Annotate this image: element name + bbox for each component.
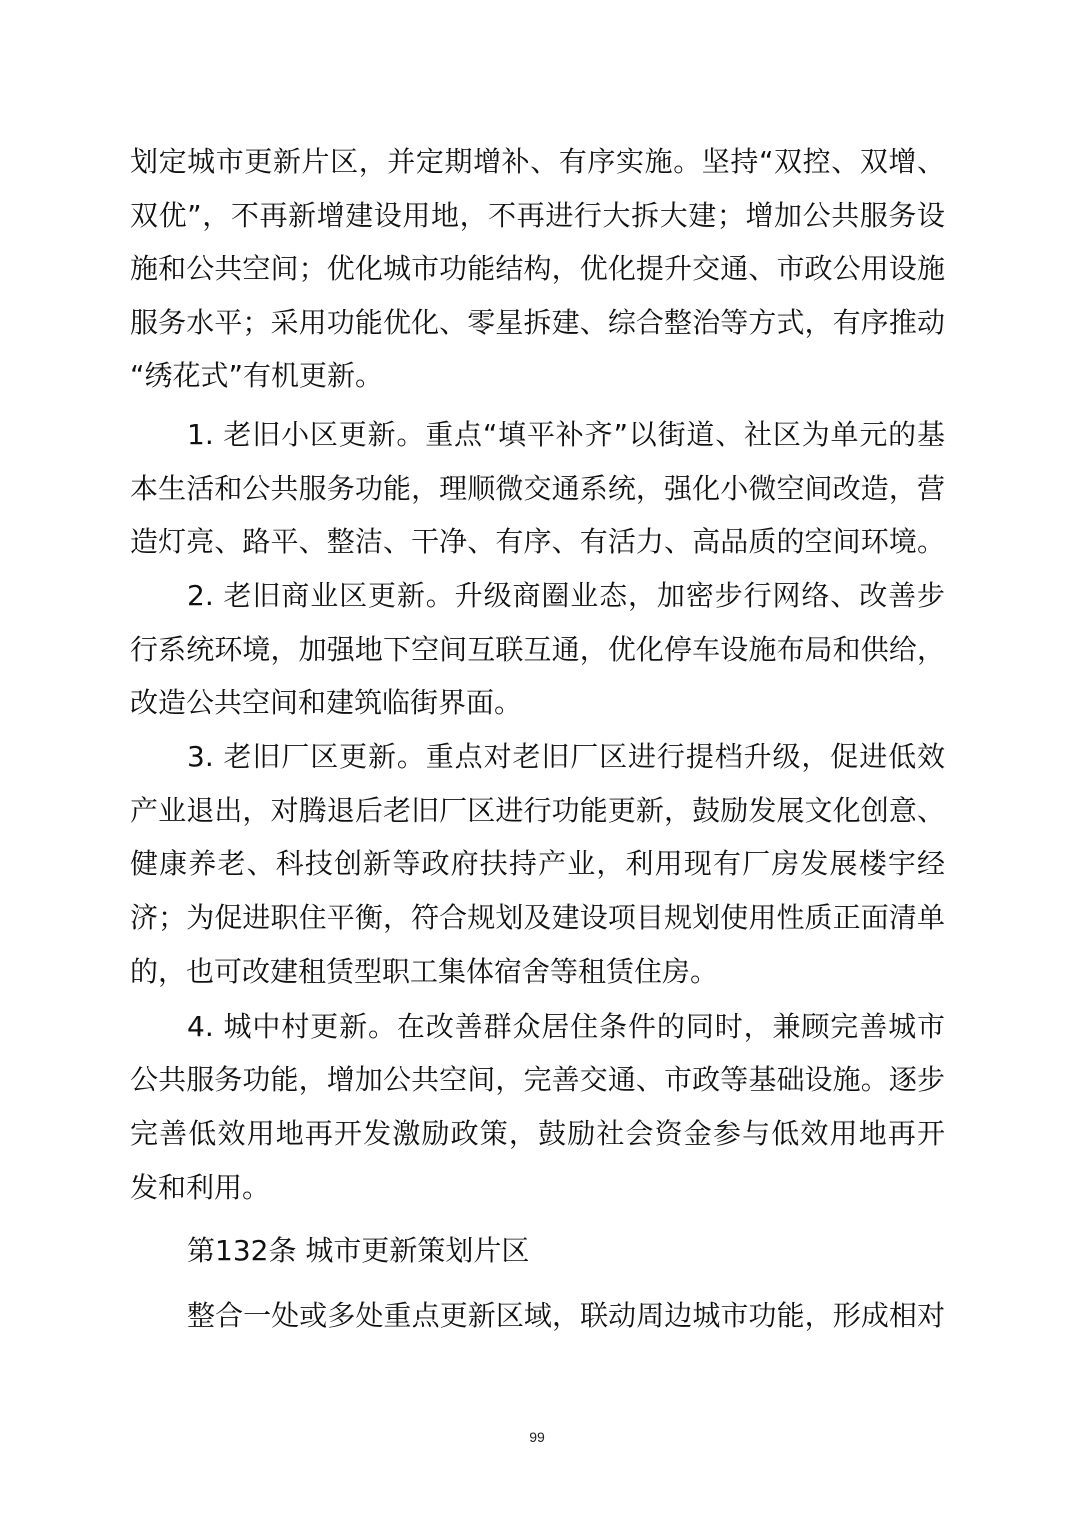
list-item-heading: 2. 老旧商业区更新。升级商圈业态，加密步行网络、改善步 — [187, 576, 945, 616]
text-line: 完善低效用地再开发激励政策，鼓励社会资金参与低效用地再开 — [130, 1114, 945, 1154]
text-line: 本生活和公共服务功能，理顺微交通系统，强化小微空间改造，营 — [130, 469, 945, 509]
text-line: 服务水平；采用功能优化、零星拆建、综合整治等方式，有序推动 — [130, 303, 945, 343]
list-item-heading: 4. 城中村更新。在改善群众居住条件的同时，兼顾完善城市 — [187, 1007, 945, 1047]
text-line: 的，也可改建租赁型职工集体宿舍等租赁住房。 — [130, 952, 945, 992]
text-line: 整合一处或多处重点更新区域，联动周边城市功能，形成相对 — [187, 1296, 945, 1336]
text-line: 公共服务功能，增加公共空间，完善交通、市政等基础设施。逐步 — [130, 1060, 945, 1100]
article-heading: 第132条 城市更新策划片区 — [187, 1231, 945, 1271]
text-line: 健康养老、科技创新等政府扶持产业，利用现有厂房发展楼宇经 — [130, 844, 945, 884]
text-line: 发和利用。 — [130, 1168, 945, 1208]
text-line: “绣花式”有机更新。 — [130, 356, 945, 396]
document-page: 划定城市更新片区，并定期增补、有序实施。坚持“双控、双增、 双优”，不再新增建设… — [0, 0, 1074, 1520]
text-line: 划定城市更新片区，并定期增补、有序实施。坚持“双控、双增、 — [130, 142, 945, 182]
text-line: 行系统环境，加强地下空间互联互通，优化停车设施布局和供给， — [130, 630, 945, 670]
text-line: 改造公共空间和建筑临街界面。 — [130, 683, 945, 723]
text-line: 双优”，不再新增建设用地，不再进行大拆大建；增加公共服务设 — [130, 196, 945, 236]
text-line: 济；为促进职住平衡，符合规划及建设项目规划使用性质正面清单 — [130, 898, 945, 938]
text-line: 施和公共空间；优化城市功能结构，优化提升交通、市政公用设施 — [130, 249, 945, 289]
list-item-heading: 1. 老旧小区更新。重点“填平补齐”以街道、社区为单元的基 — [187, 415, 945, 455]
text-line: 造灯亮、路平、整洁、干净、有序、有活力、高品质的空间环境。 — [130, 522, 945, 562]
page-number: 99 — [0, 1428, 1074, 1446]
list-item-heading: 3. 老旧厂区更新。重点对老旧厂区进行提档升级，促进低效 — [187, 737, 945, 777]
text-line: 产业退出，对腾退后老旧厂区进行功能更新，鼓励发展文化创意、 — [130, 791, 945, 831]
